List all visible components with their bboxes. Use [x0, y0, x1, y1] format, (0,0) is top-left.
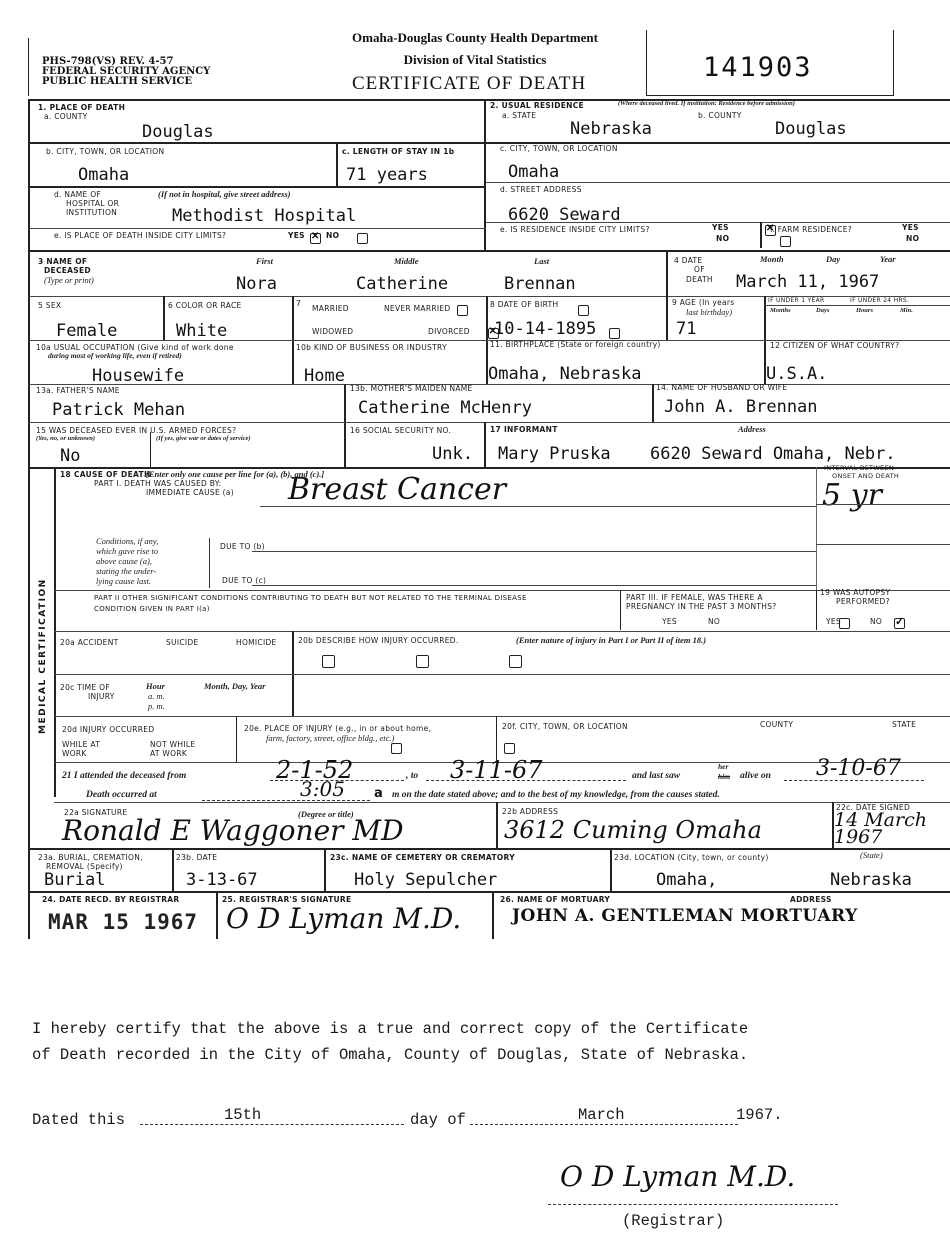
col-divider: [216, 891, 218, 939]
armed-label: 15 WAS DECEASED EVER IN U.S. ARMED FORCE…: [36, 426, 236, 435]
row-divider: [54, 631, 950, 632]
suicide-label: SUICIDE: [166, 638, 199, 647]
residence-note: (Where deceased lived. If institution: R…: [618, 100, 795, 107]
date-received-stamp: MAR 15 1967: [48, 910, 198, 934]
col-divider: [492, 891, 494, 939]
describe-injury-note: (Enter nature of injury in Part I or Par…: [516, 635, 706, 645]
informant-label: 17 INFORMANT: [490, 425, 558, 434]
dated-day-value: 15th: [224, 1106, 261, 1124]
pod-county-label: a. COUNTY: [44, 112, 87, 121]
divorced-label: DIVORCED: [428, 327, 470, 336]
pregnancy-no-checkbox[interactable]: [894, 618, 905, 629]
injury-city-label: 20f. CITY, TOWN, OR LOCATION: [502, 722, 628, 731]
division-name: Division of Vital Statistics: [300, 52, 650, 68]
farm-yes-label: YES: [902, 223, 919, 232]
department-name: Omaha-Douglas County Health Department: [300, 30, 650, 46]
res-city-label: c. CITY, TOWN, OR LOCATION: [500, 144, 618, 153]
res-city-value: Omaha: [508, 162, 559, 182]
hospital-value: Methodist Hospital: [172, 206, 356, 226]
armed-sub-2: (If yes, give war or dates of service): [156, 435, 251, 442]
res-yes-label: YES: [712, 223, 729, 232]
pod-no-label: NO: [326, 231, 339, 240]
col-divider: [652, 384, 654, 422]
col-divider: [760, 222, 762, 248]
row-divider: [28, 228, 486, 229]
death-ampm-value: a: [374, 786, 383, 801]
hour-label: Hour: [146, 681, 165, 691]
death-at-label: Death occurred at: [86, 790, 157, 800]
race-label: 6 COLOR OR RACE: [168, 301, 242, 310]
col-divider: [236, 716, 237, 762]
cause-c-line: [252, 585, 816, 586]
medical-certification-side-label: MEDICAL CERTIFICATION: [38, 578, 48, 734]
attended-to-line: [426, 780, 626, 781]
spouse-label: 14. NAME OF HUSBAND OR WIFE: [656, 383, 787, 392]
hospital-label-3: INSTITUTION: [66, 208, 117, 217]
immediate-cause-label: IMMEDIATE CAUSE (a): [146, 488, 234, 497]
pod-county-value: Douglas: [142, 122, 214, 142]
dod-label-1: 4 DATE: [674, 256, 702, 265]
interval-label-1: INTERVAL BETWEEN: [824, 464, 894, 472]
sex-label: 5 SEX: [38, 301, 61, 310]
spouse-value: John A. Brennan: [664, 397, 818, 417]
burial-location-label: 23d. LOCATION (City, town, or county): [614, 853, 769, 862]
cause-label: 18 CAUSE OF DEATH: [60, 470, 151, 479]
section-divider: [28, 250, 950, 252]
while-work-label-2: WORK: [62, 749, 87, 758]
place-injury-label-2: farm, factory, street, office bldg., etc…: [266, 733, 394, 743]
citizen-label: 12 CITIZEN OF WHAT COUNTRY?: [770, 341, 899, 350]
due-b-label: DUE TO (b): [220, 542, 265, 551]
ssn-value: Unk.: [432, 444, 473, 464]
interval-divider: [816, 467, 817, 591]
res-inside-city-label: e. IS RESIDENCE INSIDE CITY LIMITS?: [500, 225, 650, 234]
certification-line-2: of Death recorded in the City of Omaha, …: [32, 1046, 748, 1064]
col-divider: [324, 848, 326, 892]
part2-label-1: PART II OTHER SIGNIFICANT CONDITIONS CON…: [94, 594, 527, 602]
cemetery-label: 23c. NAME OF CEMETERY OR CREMATORY: [330, 853, 515, 862]
him-label: him: [718, 772, 730, 781]
pod-city-value: Omaha: [78, 165, 129, 185]
registrar-signature-line: [548, 1204, 838, 1205]
last-saw-value: 3-10-67: [816, 756, 901, 781]
due-c-label: DUE TO (c): [222, 576, 266, 585]
autopsy-label-2: PERFORMED?: [836, 597, 890, 606]
autopsy-label-1: 19 WAS AUTOPSY: [820, 588, 890, 597]
last-name-label: Last: [534, 256, 549, 266]
dod-day-label: Day: [826, 254, 840, 264]
res-street-label: d. STREET ADDRESS: [500, 185, 582, 194]
informant-address-label: Address: [738, 424, 766, 434]
res-state-value: Nebraska: [570, 119, 652, 139]
alive-on-label: alive on: [740, 771, 771, 781]
res-state-label: a. STATE: [502, 111, 536, 120]
not-while-work-checkbox[interactable]: [504, 743, 515, 754]
col-divider: [816, 590, 817, 630]
months-label: Months: [770, 307, 791, 314]
not-while-label-2: AT WORK: [150, 749, 187, 758]
informant-address-value: 6620 Seward Omaha, Nebr.: [650, 444, 896, 464]
marital-num: 7: [296, 299, 301, 308]
pod-city-label: b. CITY, TOWN, OR LOCATION: [46, 147, 164, 156]
informant-value: Mary Pruska: [498, 444, 611, 464]
cause-a-line: [260, 506, 816, 507]
last-saw-line: [784, 780, 924, 781]
form-left-border: [28, 99, 30, 939]
to-label: , to: [406, 771, 418, 781]
autopsy-yes-label: YES: [826, 617, 841, 626]
pod-inside-city-yes-checkbox[interactable]: [310, 233, 321, 244]
dated-day-line: [140, 1124, 404, 1125]
hospital-label-2: HOSPITAL OR: [66, 199, 119, 208]
middle-name-value: Catherine: [356, 274, 448, 294]
dob-value: 10-14-1895: [494, 319, 596, 339]
col-divider: [666, 296, 668, 340]
conditions-note: Conditions, if any, which gave rise to a…: [96, 536, 158, 586]
dod-label-3: DEATH: [686, 275, 713, 284]
homicide-label: HOMICIDE: [236, 638, 277, 647]
pod-yes-label: YES: [288, 231, 305, 240]
col-divider: [620, 590, 621, 630]
married-checkbox[interactable]: [457, 305, 468, 316]
dob-label: 8 DATE OF BIRTH: [490, 300, 558, 309]
birthplace-label: 11. BIRTHPLACE (State or foreign country…: [490, 340, 661, 349]
dated-month-line: [470, 1124, 738, 1125]
while-work-checkbox[interactable]: [391, 743, 402, 754]
time-injury-label-2: INJURY: [88, 692, 115, 701]
race-value: White: [176, 321, 227, 341]
ssn-label: 16 SOCIAL SECURITY NO.: [350, 426, 451, 435]
attended-label: 21 I attended the deceased from: [62, 771, 186, 781]
injury-occurred-label: 20d INJURY OCCURRED: [62, 725, 154, 734]
part1-label: PART I. DEATH WAS CAUSED BY:: [94, 479, 222, 488]
divorced-checkbox[interactable]: [609, 328, 620, 339]
armed-value: No: [60, 446, 80, 466]
first-name-label: First: [256, 256, 273, 266]
part3-label-1: PART III. IF FEMALE, WAS THERE A: [626, 593, 763, 602]
col-divider: [150, 432, 151, 468]
burial-date-label: 23b. DATE: [176, 853, 217, 862]
burial-type-value: Burial: [44, 870, 105, 890]
time-injury-label-1: 20c TIME OF: [60, 683, 110, 692]
col-divider: [610, 848, 612, 892]
min-label: Min.: [900, 307, 913, 314]
occupation-label-2: during most of working life, even if ret…: [48, 351, 182, 360]
farm-label: f. FARM RESIDENCE?: [770, 225, 852, 234]
mdy-label: Month, Day, Year: [204, 681, 265, 691]
accident-checkbox[interactable]: [322, 655, 335, 668]
burial-date-value: 3-13-67: [186, 870, 258, 890]
death-time-value: 3:05: [300, 777, 345, 801]
birthplace-value: Omaha, Nebraska: [488, 364, 642, 384]
row-divider: [28, 186, 486, 188]
name-label-1: 3 NAME OF: [38, 257, 87, 266]
mother-label: 13b. MOTHER'S MAIDEN NAME: [350, 384, 473, 393]
hospital-note: (If not in hospital, give street address…: [158, 189, 290, 199]
agency-line-2: PUBLIC HEALTH SERVICE: [42, 77, 192, 87]
interval-line: [816, 544, 950, 545]
age-label-2: last birthday): [686, 307, 732, 317]
row-divider: [28, 384, 950, 385]
pod-inside-city-no-checkbox[interactable]: [357, 233, 368, 244]
farm-no-label: NO: [906, 234, 919, 243]
pregnancy-no-label: NO: [708, 617, 720, 626]
part2-label-2: CONDITION GIVEN IN PART I(a): [94, 605, 210, 613]
while-work-label-1: WHILE AT: [62, 740, 100, 749]
col-divider: [344, 384, 346, 468]
mother-value: Catherine McHenry: [358, 398, 532, 418]
pod-stay-value: 71 years: [346, 165, 428, 185]
row-divider: [764, 305, 950, 306]
death-time-line: [202, 800, 370, 801]
form-top-border: [28, 99, 950, 101]
interval-value: 5 yr: [822, 478, 882, 513]
last-name-value: Brennan: [504, 274, 576, 294]
middle-name-label: Middle: [394, 256, 419, 266]
am-label: a. m.: [148, 691, 165, 701]
burial-type-label-1: 23a. BURIAL, CREMATION,: [38, 853, 143, 862]
hospital-label-1: d. NAME OF: [54, 190, 101, 199]
age-label-1: 9 AGE (In years: [672, 298, 735, 307]
sex-value: Female: [56, 321, 117, 341]
dod-year-label: Year: [880, 254, 896, 264]
row-divider: [54, 674, 950, 675]
business-label: 10b KIND OF BUSINESS OR INDUSTRY: [296, 343, 447, 352]
dated-month-value: March: [578, 1106, 625, 1124]
citizen-value: U.S.A.: [766, 364, 827, 384]
sig-address-value: 3612 Cuming Omaha: [504, 816, 762, 844]
dated-this-label: Dated this: [32, 1111, 125, 1129]
date-of-death-value: March 11, 1967: [736, 272, 879, 292]
sig-address-label: 22b ADDRESS: [502, 807, 558, 816]
res-county-label: b. COUNTY: [698, 111, 742, 120]
occupation-value: Housewife: [92, 366, 184, 386]
burial-state-value: Nebraska: [830, 870, 912, 890]
pod-stay-label: c. LENGTH OF STAY IN 1b: [342, 147, 454, 156]
certification-line-1: I hereby certify that the above is a tru…: [32, 1020, 748, 1038]
mortuary-value: JOHN A. GENTLEMAN MORTUARY: [512, 906, 858, 926]
conditions-bracket: [204, 538, 210, 588]
injury-county-label: COUNTY: [760, 720, 793, 729]
physician-signature: Ronald E Waggoner MD: [62, 814, 404, 847]
married-label: MARRIED: [312, 304, 349, 313]
certificate-number-box: 141903: [646, 30, 894, 96]
armed-sub-1: (Yes, no, or unknown): [36, 435, 95, 442]
pregnancy-yes-label: YES: [662, 617, 677, 626]
immediate-cause-value: Breast Cancer: [288, 472, 506, 507]
burial-city-value: Omaha,: [656, 870, 717, 890]
day-of-label: day of: [410, 1111, 466, 1129]
describe-injury-label: 20b DESCRIBE HOW INJURY OCCURRED.: [298, 636, 459, 645]
certifying-registrar-signature: O D Lyman M.D.: [560, 1160, 795, 1193]
left-margin-line: [28, 38, 29, 96]
section-divider: [28, 891, 950, 893]
certificate-title: CERTIFICATE OF DEATH: [352, 73, 586, 95]
medical-side-divider: [54, 467, 56, 797]
res-county-value: Douglas: [775, 119, 847, 139]
cemetery-value: Holy Sepulcher: [354, 870, 497, 890]
col-divider: [496, 802, 498, 848]
father-value: Patrick Mehan: [52, 400, 185, 420]
accident-label: 20a ACCIDENT: [60, 638, 119, 647]
last-saw-label: and last saw: [632, 771, 680, 781]
days-label: Days: [816, 307, 829, 314]
place-injury-label-1: 20e. PLACE OF INJURY (e.g., in or about …: [244, 724, 431, 733]
col-divider: [666, 250, 668, 296]
place-of-death-label: 1. PLACE OF DEATH: [38, 103, 125, 112]
row-divider: [28, 422, 950, 423]
interval-line: [816, 504, 950, 505]
row-divider: [54, 716, 950, 717]
mortuary-address-label: ADDRESS: [790, 895, 832, 904]
name-label-3: (Type or print): [44, 275, 94, 285]
part3-label-2: PREGNANCY IN THE PAST 3 MONTHS?: [626, 602, 777, 611]
injury-state-label: STATE: [892, 720, 916, 729]
date-received-label: 24. DATE RECD. BY REGISTRAR: [42, 895, 179, 904]
dod-label-2: OF: [694, 265, 705, 274]
never-married-label: NEVER MARRIED: [384, 304, 450, 313]
col-divider: [163, 296, 165, 340]
burial-state-note: (State): [860, 850, 883, 860]
father-label: 13a. FATHER'S NAME: [36, 386, 120, 395]
res-inside-city-no-checkbox[interactable]: [780, 236, 791, 247]
registrar-title: (Registrar): [622, 1212, 724, 1230]
section-divider: [28, 848, 950, 850]
autopsy-no-label: NO: [870, 617, 882, 626]
dod-month-label: Month: [760, 254, 784, 264]
certificate-number: 141903: [703, 52, 813, 83]
registrar-signature: O D Lyman M.D.: [226, 902, 461, 935]
cause-b-line: [252, 551, 816, 552]
first-name-value: Nora: [236, 274, 277, 294]
hours-label: Hours: [856, 307, 873, 314]
not-while-label-1: NOT WHILE: [150, 740, 195, 749]
pm-label: p. m.: [148, 701, 165, 711]
homicide-checkbox[interactable]: [509, 655, 522, 668]
suicide-checkbox[interactable]: [416, 655, 429, 668]
under-24-label: IF UNDER 24 HRS.: [850, 297, 909, 304]
residence-label: 2. USUAL RESIDENCE: [490, 101, 584, 110]
under-year-label: IF UNDER 1 YEAR: [768, 297, 824, 304]
row-divider: [486, 182, 950, 183]
col-divider: [172, 848, 174, 892]
col-divider: [484, 422, 486, 468]
col-divider: [336, 142, 338, 186]
dated-year-value: 1967.: [736, 1106, 783, 1124]
pod-inside-city-label: e. IS PLACE OF DEATH INSIDE CITY LIMITS?: [54, 231, 226, 240]
her-label: her: [718, 762, 728, 771]
widowed-label: WIDOWED: [312, 327, 353, 336]
row-divider: [54, 802, 950, 803]
death-statement: m on the date stated above; and to the b…: [392, 790, 720, 800]
res-no-label: NO: [716, 234, 729, 243]
name-label-2: DECEASED: [44, 266, 91, 275]
never-married-checkbox[interactable]: [578, 305, 589, 316]
row-divider: [28, 142, 950, 144]
mortuary-label: 26. NAME OF MORTUARY: [500, 895, 610, 904]
age-value: 71: [676, 319, 696, 339]
business-value: Home: [304, 366, 345, 386]
date-signed-value: 14 March 1967: [834, 812, 950, 846]
